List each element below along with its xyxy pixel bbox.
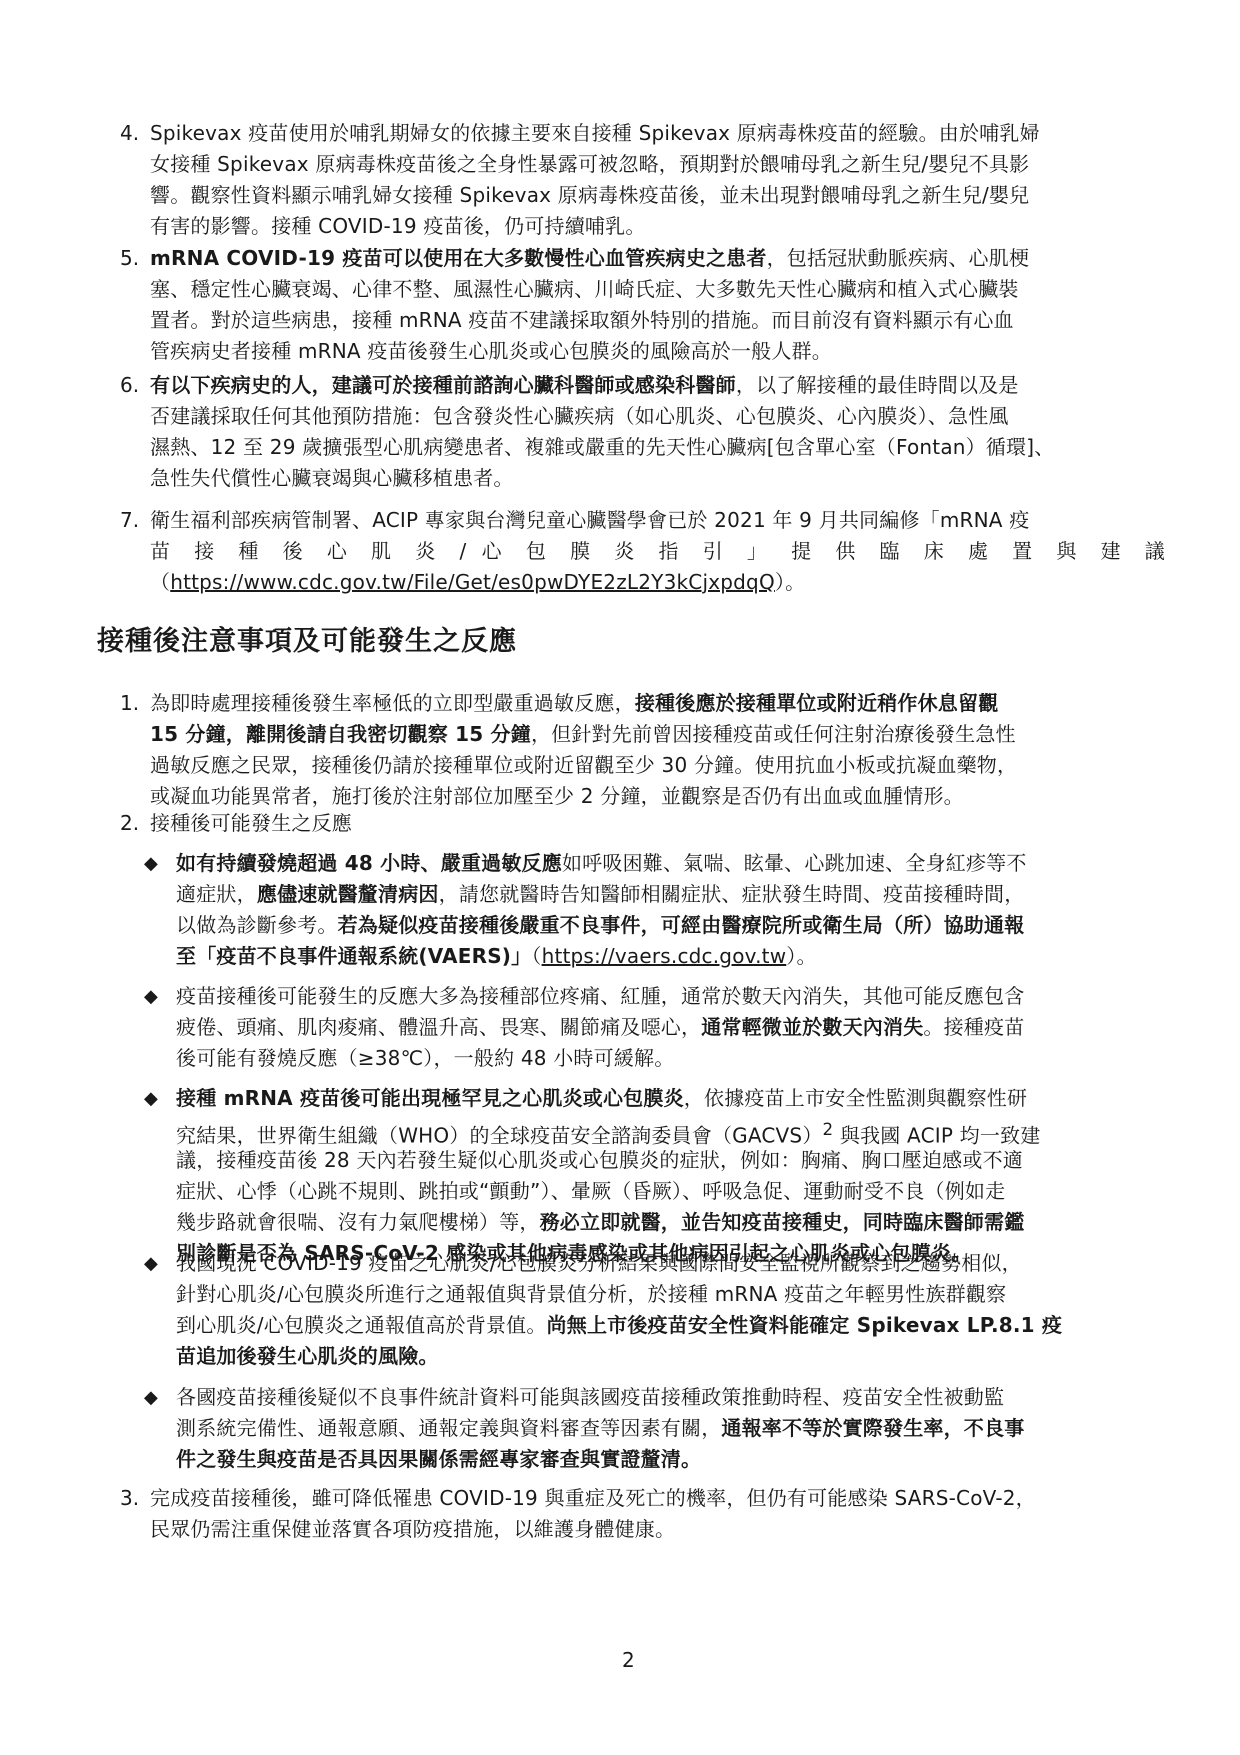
text-line: 針對心肌炎/心包膜炎所進行之通報值與背景值分析，於接種 mRNA 疫苗之年輕男性… [176,1279,1165,1310]
diamond-bullet-icon: ◆ [144,848,158,879]
text-run: 有害的影響。接種 COVID-19 疫苗後，仍可持續哺乳。 [150,214,646,238]
bold-text: 尚無上市後疫苗安全性資料能確定 Spikevax LP.8.1 疫 [547,1313,1063,1337]
text-line: mRNA COVID-19 疫苗可以使用在大多數慢性心血管疾病史之患者，包括冠狀… [150,243,1165,274]
text-run: 幾步路就會很喘、沒有力氣爬樓梯）等， [176,1210,540,1234]
text-run: 民眾仍需注重保健並落實各項防疫措施，以維護身體健康。 [150,1517,675,1541]
bullet-text: 我國現況 COVID-19 疫苗之心肌炎/心包膜炎分析結果與國際間安全監視所觀察… [176,1248,1165,1372]
text-line: 民眾仍需注重保健並落實各項防疫措施，以維護身體健康。 [150,1514,1165,1545]
text-line: 症狀、心悸（心跳不規則、跳拍或“顫動”）、暈厥（昏厥）、呼吸急促、運動耐受不良（… [176,1176,1165,1207]
text-line: 管疾病史者接種 mRNA 疫苗後發生心肌炎或心包膜炎的風險高於一般人群。 [150,336,1165,367]
item-text: 有以下疾病史的人，建議可於接種前諮詢心臟科醫師或感染科醫師，以了解接種的最佳時間… [150,370,1165,494]
text-run: 議，接種疫苗後 28 天內若發生疑似心肌炎或心包膜炎的症狀，例如：胸痛、胸口壓迫… [176,1148,1023,1172]
text-line: 件之發生與疫苗是否具因果關係需經專家審查與實證釐清。 [176,1444,1165,1475]
item-text: 為即時處理接種後發生率極低的立即型嚴重過敏反應，接種後應於接種單位或附近稍作休息… [150,688,1165,812]
text-run: ，以了解接種的最佳時間以及是 [736,373,1019,397]
bullet-item-domestic-analysis: ◆ 我國現況 COVID-19 疫苗之心肌炎/心包膜炎分析結果與國際間安全監視所… [120,1248,1165,1372]
list-item-5: 5. mRNA COVID-19 疫苗可以使用在大多數慢性心血管疾病史之患者，包… [120,243,1165,367]
bold-text: 件之發生與疫苗是否具因果關係需經專家審查與實證釐清。 [176,1447,701,1471]
text-run: ，包括冠狀動脈疾病、心肌梗 [767,246,1030,270]
bold-text: 如有持續發燒超過 48 小時、嚴重過敏反應 [176,851,562,875]
text-run: 響。觀察性資料顯示哺乳婦女接種 Spikevax 原病毒株疫苗後，並未出現對餵哺… [150,183,1029,207]
bullet-text: 各國疫苗接種後疑似不良事件統計資料可能與該國疫苗接種政策推動時程、疫苗安全性被動… [176,1382,1165,1475]
section-heading: 接種後注意事項及可能發生之反應 [97,622,517,662]
list-item-1: 1. 為即時處理接種後發生率極低的立即型嚴重過敏反應，接種後應於接種單位或附近稍… [120,688,1165,812]
text-run: ，依據疫苗上市安全性監測與觀察性研 [684,1086,1027,1110]
text-line: 置者。對於這些病患，接種 mRNA 疫苗不建議採取額外特別的措施。而目前沒有資料… [150,305,1165,336]
text-run: 以做為診斷參考。 [176,913,338,937]
item-text: mRNA COVID-19 疫苗可以使用在大多數慢性心血管疾病史之患者，包括冠狀… [150,243,1165,367]
diamond-bullet-icon: ◆ [144,1248,158,1279]
diamond-bullet-icon: ◆ [144,1083,158,1114]
bullet-text: 疫苗接種後可能發生的反應大多為接種部位疼痛、紅腫，通常於數天內消失，其他可能反應… [176,981,1165,1074]
text-run: 或凝血功能異常者，施打後於注射部位加壓至少 2 分鐘，並觀察是否仍有出血或血腫情… [150,784,964,808]
text-line: 接種後可能發生之反應 [150,808,1165,839]
text-line: 疲倦、頭痛、肌肉痠痛、體溫升高、畏寒、關節痛及噁心，通常輕微並於數天內消失。接種… [176,1012,1165,1043]
page-number: 2 [622,1648,635,1672]
text-run: 完成疫苗接種後，雖可降低罹患 COVID-19 與重症及死亡的機率，但仍有可能感… [150,1486,1036,1510]
list-item-2: 2. 接種後可能發生之反應 [120,808,1165,839]
item-text: 衛生福利部疾病管制署、ACIP 專家與台灣兒童心臟醫學會已於 2021 年 9 … [150,505,1165,598]
text-run: 苗 接 種 後 心 肌 炎 / 心 包 膜 炎 指 引 」 提 供 臨 床 處 … [150,539,1165,563]
text-line: 究結果，世界衛生組織（WHO）的全球疫苗安全諮詢委員會（GACVS）2 與我國 … [176,1114,1165,1145]
text-run: （ [150,570,170,594]
text-run: 塞、穩定性心臟衰竭、心律不整、風濕性心臟病、川崎氏症、大多數先天性心臟病和植入式… [150,277,1019,301]
text-run: 否建議採取任何其他預防措施：包含發炎性心臟疾病（如心肌炎、心包膜炎、心內膜炎）、… [150,404,1009,428]
text-line: 濕熱、12 至 29 歲擴張型心肌病變患者、複雜或嚴重的先天性心臟病[包含單心室… [150,432,1165,463]
text-run: 管疾病史者接種 mRNA 疫苗後發生心肌炎或心包膜炎的風險高於一般人群。 [150,339,832,363]
bold-text: 至「疫苗不良事件通報系統(VAERS)」 [176,944,531,968]
text-line: 為即時處理接種後發生率極低的立即型嚴重過敏反應，接種後應於接種單位或附近稍作休息… [150,688,1165,719]
text-line: 後可能有發燒反應（≥38℃），一般約 48 小時可緩解。 [176,1043,1165,1074]
text-line: 以做為診斷參考。若為疑似疫苗接種後嚴重不良事件，可經由醫療院所或衛生局（所）協助… [176,910,1165,941]
text-line: 有害的影響。接種 COVID-19 疫苗後，仍可持續哺乳。 [150,211,1165,242]
bold-text: 有以下疾病史的人，建議可於接種前諮詢心臟科醫師或感染科醫師 [150,373,736,397]
text-line: 我國現況 COVID-19 疫苗之心肌炎/心包膜炎分析結果與國際間安全監視所觀察… [176,1248,1165,1279]
text-run: 濕熱、12 至 29 歲擴張型心肌病變患者、複雜或嚴重的先天性心臟病[包含單心室… [150,435,1054,459]
item-text: 接種後可能發生之反應 [150,808,1165,839]
bold-text: 應儘速就醫釐清病因 [257,882,439,906]
item-number: 5. [120,243,139,274]
text-line: 議，接種疫苗後 28 天內若發生疑似心肌炎或心包膜炎的症狀，例如：胸痛、胸口壓迫… [176,1145,1165,1176]
bullet-item-myocarditis: ◆ 接種 mRNA 疫苗後可能出現極罕見之心肌炎或心包膜炎，依據疫苗上市安全性監… [120,1083,1165,1269]
text-line: 完成疫苗接種後，雖可降低罹患 COVID-19 與重症及死亡的機率，但仍有可能感… [150,1483,1165,1514]
text-run: 針對心肌炎/心包膜炎所進行之通報值與背景值分析，於接種 mRNA 疫苗之年輕男性… [176,1282,1006,1306]
footnote-reference: 2 [823,1120,834,1139]
text-line: 否建議採取任何其他預防措施：包含發炎性心臟疾病（如心肌炎、心包膜炎、心內膜炎）、… [150,401,1165,432]
text-run: 到心肌炎/心包膜炎之通報值高於背景值。 [176,1313,547,1337]
hyperlink[interactable]: https://vaers.cdc.gov.tw [542,944,787,968]
text-line: 苗追加後發生心肌炎的風險。 [176,1341,1165,1372]
list-item-6: 6. 有以下疾病史的人，建議可於接種前諮詢心臟科醫師或感染科醫師，以了解接種的最… [120,370,1165,494]
text-line: 測系統完備性、通報意願、通報定義與資料審查等因素有關，通報率不等於實際發生率，不… [176,1413,1165,1444]
bold-text: mRNA COVID-19 疫苗可以使用在大多數慢性心血管疾病史之患者 [150,246,767,270]
diamond-bullet-icon: ◆ [144,1382,158,1413]
bullet-item-severe-reaction: ◆ 如有持續發燒超過 48 小時、嚴重過敏反應如呼吸困難、氣喘、眩暈、心跳加速、… [120,848,1165,972]
text-line: 幾步路就會很喘、沒有力氣爬樓梯）等，務必立即就醫，並告知疫苗接種史，同時臨床醫師… [176,1207,1165,1238]
bold-text: 通常輕微並於數天內消失 [701,1015,923,1039]
bold-text: 15 分鐘，離開後請自我密切觀察 15 分鐘 [150,722,531,746]
text-line: Spikevax 疫苗使用於哺乳期婦女的依據主要來自接種 Spikevax 原病… [150,118,1165,149]
text-run: 急性失代償性心臟衰竭與心臟移植患者。 [150,466,514,490]
text-line: 接種 mRNA 疫苗後可能出現極罕見之心肌炎或心包膜炎，依據疫苗上市安全性監測與… [176,1083,1165,1114]
item-text: 完成疫苗接種後，雖可降低罹患 COVID-19 與重症及死亡的機率，但仍有可能感… [150,1483,1165,1545]
bold-text: 苗追加後發生心肌炎的風險。 [176,1344,439,1368]
text-run: ）。 [775,570,805,594]
text-line: 響。觀察性資料顯示哺乳婦女接種 Spikevax 原病毒株疫苗後，並未出現對餵哺… [150,180,1165,211]
text-line: 苗 接 種 後 心 肌 炎 / 心 包 膜 炎 指 引 」 提 供 臨 床 處 … [150,536,1165,567]
text-run: （ [531,944,541,968]
text-run: 置者。對於這些病患，接種 mRNA 疫苗不建議採取額外特別的措施。而目前沒有資料… [150,308,1014,332]
document-page: 4. Spikevax 疫苗使用於哺乳期婦女的依據主要來自接種 Spikevax… [0,0,1240,1755]
text-line: 過敏反應之民眾，接種後仍請於接種單位或附近留觀至少 30 分鐘。使用抗血小板或抗… [150,750,1165,781]
hyperlink[interactable]: https://www.cdc.gov.tw/File/Get/es0pwDYE… [170,570,775,594]
text-run: 如呼吸困難、氣喘、眩暈、心跳加速、全身紅疹等不 [562,851,1027,875]
text-run: Spikevax 疫苗使用於哺乳期婦女的依據主要來自接種 Spikevax 原病… [150,121,1040,145]
text-run: 疫苗接種後可能發生的反應大多為接種部位疼痛、紅腫，通常於數天內消失，其他可能反應… [176,984,1024,1008]
item-number: 6. [120,370,139,401]
text-run: 衛生福利部疾病管制署、ACIP 專家與台灣兒童心臟醫學會已於 2021 年 9 … [150,508,1029,532]
bold-text: 接種後應於接種單位或附近稍作休息留觀 [635,691,999,715]
bold-text: 若為疑似疫苗接種後嚴重不良事件，可經由醫療院所或衛生局（所）協助通報 [338,913,1025,937]
item-text: Spikevax 疫苗使用於哺乳期婦女的依據主要來自接種 Spikevax 原病… [150,118,1165,242]
item-number: 3. [120,1483,139,1514]
item-number: 7. [120,505,139,536]
text-run: 接種後可能發生之反應 [150,811,352,835]
bullet-text: 接種 mRNA 疫苗後可能出現極罕見之心肌炎或心包膜炎，依據疫苗上市安全性監測與… [176,1083,1165,1269]
text-run: 。接種疫苗 [923,1015,1024,1039]
bullet-item-international-statistics: ◆ 各國疫苗接種後疑似不良事件統計資料可能與該國疫苗接種政策推動時程、疫苗安全性… [120,1382,1165,1475]
list-item-4: 4. Spikevax 疫苗使用於哺乳期婦女的依據主要來自接種 Spikevax… [120,118,1165,242]
text-line: 有以下疾病史的人，建議可於接種前諮詢心臟科醫師或感染科醫師，以了解接種的最佳時間… [150,370,1165,401]
item-number: 1. [120,688,139,719]
list-item-3: 3. 完成疫苗接種後，雖可降低罹患 COVID-19 與重症及死亡的機率，但仍有… [120,1483,1165,1545]
text-line: 疫苗接種後可能發生的反應大多為接種部位疼痛、紅腫，通常於數天內消失，其他可能反應… [176,981,1165,1012]
text-line: 適症狀，應儘速就醫釐清病因，請您就醫時告知醫師相關症狀、症狀發生時間、疫苗接種時… [176,879,1165,910]
diamond-bullet-icon: ◆ [144,981,158,1012]
text-run: ）。 [786,944,816,968]
text-run: ，請您就醫時告知醫師相關症狀、症狀發生時間、疫苗接種時間， [439,882,1025,906]
item-number: 4. [120,118,139,149]
text-run: ，但針對先前曾因接種疫苗或任何注射治療後發生急性 [531,722,1016,746]
list-item-7: 7. 衛生福利部疾病管制署、ACIP 專家與台灣兒童心臟醫學會已於 2021 年… [120,505,1165,598]
text-run: 後可能有發燒反應（≥38℃），一般約 48 小時可緩解。 [176,1046,674,1070]
text-line: （https://www.cdc.gov.tw/File/Get/es0pwDY… [150,567,1165,598]
bullet-item-common-reactions: ◆ 疫苗接種後可能發生的反應大多為接種部位疼痛、紅腫，通常於數天內消失，其他可能… [120,981,1165,1074]
text-line: 如有持續發燒超過 48 小時、嚴重過敏反應如呼吸困難、氣喘、眩暈、心跳加速、全身… [176,848,1165,879]
bold-text: 通報率不等於實際發生率，不良事 [721,1416,1024,1440]
text-line: 15 分鐘，離開後請自我密切觀察 15 分鐘，但針對先前曾因接種疫苗或任何注射治… [150,719,1165,750]
item-number: 2. [120,808,139,839]
text-run: 疲倦、頭痛、肌肉痠痛、體溫升高、畏寒、關節痛及噁心， [176,1015,701,1039]
text-run: 為即時處理接種後發生率極低的立即型嚴重過敏反應， [150,691,635,715]
bold-text: 務必立即就醫，並告知疫苗接種史，同時臨床醫師需鑑 [540,1210,1025,1234]
text-run: 各國疫苗接種後疑似不良事件統計資料可能與該國疫苗接種政策推動時程、疫苗安全性被動… [176,1385,1004,1409]
text-line: 塞、穩定性心臟衰竭、心律不整、風濕性心臟病、川崎氏症、大多數先天性心臟病和植入式… [150,274,1165,305]
text-line: 到心肌炎/心包膜炎之通報值高於背景值。尚無上市後疫苗安全性資料能確定 Spike… [176,1310,1165,1341]
text-run: 測系統完備性、通報意願、通報定義與資料審查等因素有關， [176,1416,721,1440]
text-run: 症狀、心悸（心跳不規則、跳拍或“顫動”）、暈厥（昏厥）、呼吸急促、運動耐受不良（… [176,1179,1005,1203]
text-line: 女接種 Spikevax 原病毒株疫苗後之全身性暴露可被忽略，預期對於餵哺母乳之… [150,149,1165,180]
text-line: 衛生福利部疾病管制署、ACIP 專家與台灣兒童心臟醫學會已於 2021 年 9 … [150,505,1165,536]
bullet-text: 如有持續發燒超過 48 小時、嚴重過敏反應如呼吸困難、氣喘、眩暈、心跳加速、全身… [176,848,1165,972]
text-line: 急性失代償性心臟衰竭與心臟移植患者。 [150,463,1165,494]
text-line: 至「疫苗不良事件通報系統(VAERS)」（https://vaers.cdc.g… [176,941,1165,972]
text-run: 女接種 Spikevax 原病毒株疫苗後之全身性暴露可被忽略，預期對於餵哺母乳之… [150,152,1029,176]
text-line: 各國疫苗接種後疑似不良事件統計資料可能與該國疫苗接種政策推動時程、疫苗安全性被動… [176,1382,1165,1413]
text-run: 我國現況 COVID-19 疫苗之心肌炎/心包膜炎分析結果與國際間安全監視所觀察… [176,1251,1022,1275]
text-run: 適症狀， [176,882,257,906]
bold-text: 接種 mRNA 疫苗後可能出現極罕見之心肌炎或心包膜炎 [176,1086,684,1110]
text-run: 過敏反應之民眾，接種後仍請於接種單位或附近留觀至少 30 分鐘。使用抗血小板或抗… [150,753,1017,777]
